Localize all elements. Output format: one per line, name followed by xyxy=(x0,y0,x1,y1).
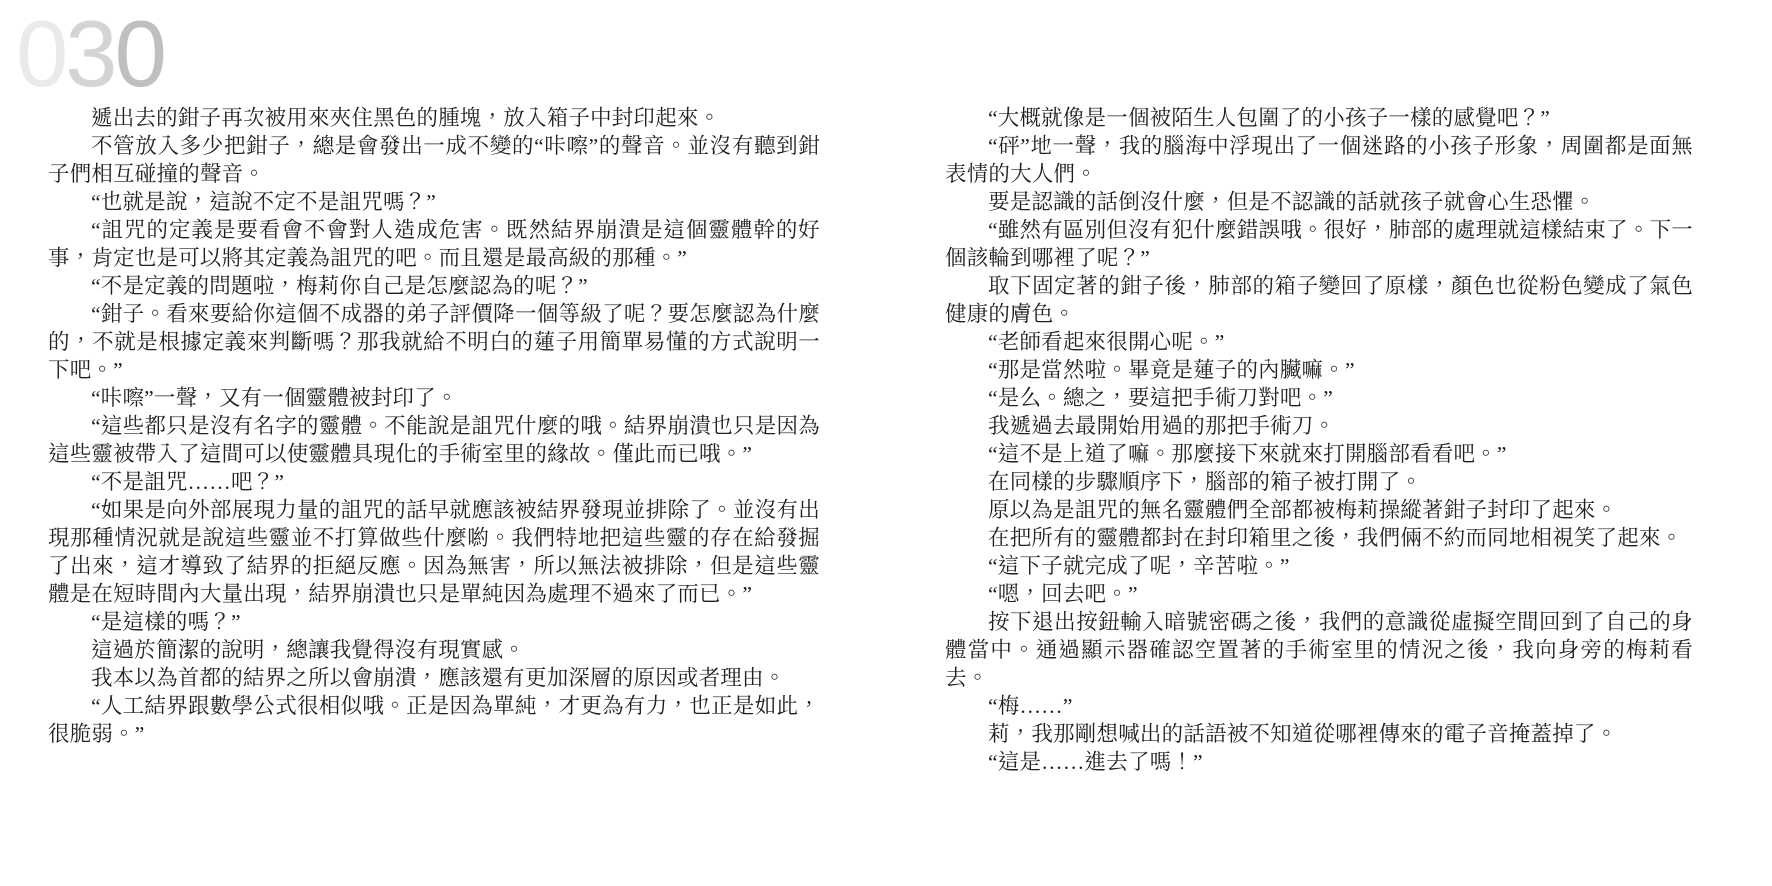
paragraph: “也就是說，這說不定不是詛咒嗎？” xyxy=(48,188,820,216)
paragraph: 不管放入多少把鉗子，總是會發出一成不變的“咔嚓”的聲音。並沒有聽到鉗子們相互碰撞… xyxy=(48,132,820,188)
paragraph: 我本以為首都的結界之所以會崩潰，應該還有更加深層的原因或者理由。 xyxy=(48,664,820,692)
paragraph: “人工結界跟數學公式很相似哦。正是因為單純，才更為有力，也正是如此，很脆弱。” xyxy=(48,692,820,748)
paragraph: 我遞過去最開始用過的那把手術刀。 xyxy=(945,412,1693,440)
paragraph: “雖然有區別但沒有犯什麼錯誤哦。很好，肺部的處理就這樣結束了。下一個該輪到哪裡了… xyxy=(945,216,1693,272)
paragraph: 按下退出按鈕輸入暗號密碼之後，我們的意識從虛擬空間回到了自己的身體當中。通過顯示… xyxy=(945,608,1693,692)
page-number-digit: 0 xyxy=(16,1,65,106)
paragraph: “這是……進去了嗎！” xyxy=(945,748,1693,776)
paragraph: 取下固定著的鉗子後，肺部的箱子變回了原樣，顏色也從粉色變成了氣色健康的膚色。 xyxy=(945,272,1693,328)
paragraph: “是么。總之，要這把手術刀對吧。” xyxy=(945,384,1693,412)
paragraph: “大概就像是一個被陌生人包圍了的小孩子一樣的感覺吧？” xyxy=(945,104,1693,132)
paragraph: “嗯，回去吧。” xyxy=(945,580,1693,608)
left-page-text-column: 遞出去的鉗子再次被用來夾住黑色的腫塊，放入箱子中封印起來。不管放入多少把鉗子，總… xyxy=(48,104,820,748)
paragraph: 在同樣的步驟順序下，腦部的箱子被打開了。 xyxy=(945,468,1693,496)
paragraph: 莉，我那剛想喊出的話語被不知道從哪裡傳來的電子音掩蓋掉了。 xyxy=(945,720,1693,748)
paragraph: “是這樣的嗎？” xyxy=(48,608,820,636)
page-number-digit: 3 xyxy=(65,1,114,106)
paragraph: “咔嚓”一聲，又有一個靈體被封印了。 xyxy=(48,384,820,412)
right-page-text-column: “大概就像是一個被陌生人包圍了的小孩子一樣的感覺吧？”“砰”地一聲，我的腦海中浮… xyxy=(945,104,1693,776)
paragraph: “砰”地一聲，我的腦海中浮現出了一個迷路的小孩子形象，周圍都是面無表情的大人們。 xyxy=(945,132,1693,188)
paragraph: “這下子就完成了呢，辛苦啦。” xyxy=(945,552,1693,580)
paragraph: “梅……” xyxy=(945,692,1693,720)
paragraph: 原以為是詛咒的無名靈體們全部都被梅莉操縱著鉗子封印了起來。 xyxy=(945,496,1693,524)
paragraph: “這不是上道了嘛。那麼接下來就來打開腦部看看吧。” xyxy=(945,440,1693,468)
page-number: 030 xyxy=(16,10,164,98)
paragraph: “不是定義的問題啦，梅莉你自己是怎麼認為的呢？” xyxy=(48,272,820,300)
paragraph: “鉗子。看來要給你這個不成器的弟子評價降一個等級了呢？要怎麼認為什麼的，不就是根… xyxy=(48,300,820,384)
paragraph: “這些都只是沒有名字的靈體。不能說是詛咒什麼的哦。結界崩潰也只是因為這些靈被帶入… xyxy=(48,412,820,468)
paragraph: 要是認識的話倒沒什麼，但是不認識的話就孩子就會心生恐懼。 xyxy=(945,188,1693,216)
paragraph: 遞出去的鉗子再次被用來夾住黑色的腫塊，放入箱子中封印起來。 xyxy=(48,104,820,132)
page-number-digit: 0 xyxy=(115,1,164,106)
book-spread: 030 遞出去的鉗子再次被用來夾住黑色的腫塊，放入箱子中封印起來。不管放入多少把… xyxy=(0,0,1772,886)
paragraph: 這過於簡潔的說明，總讓我覺得沒有現實感。 xyxy=(48,636,820,664)
paragraph: “那是當然啦。畢竟是蓮子的內臟嘛。” xyxy=(945,356,1693,384)
paragraph: “如果是向外部展現力量的詛咒的話早就應該被結界發現並排除了。並沒有出現那種情況就… xyxy=(48,496,820,608)
paragraph: “老師看起來很開心呢。” xyxy=(945,328,1693,356)
paragraph: “詛咒的定義是要看會不會對人造成危害。既然結界崩潰是這個靈體幹的好事，肯定也是可… xyxy=(48,216,820,272)
paragraph: 在把所有的靈體都封在封印箱里之後，我們倆不約而同地相視笑了起來。 xyxy=(945,524,1693,552)
paragraph: “不是詛咒……吧？” xyxy=(48,468,820,496)
